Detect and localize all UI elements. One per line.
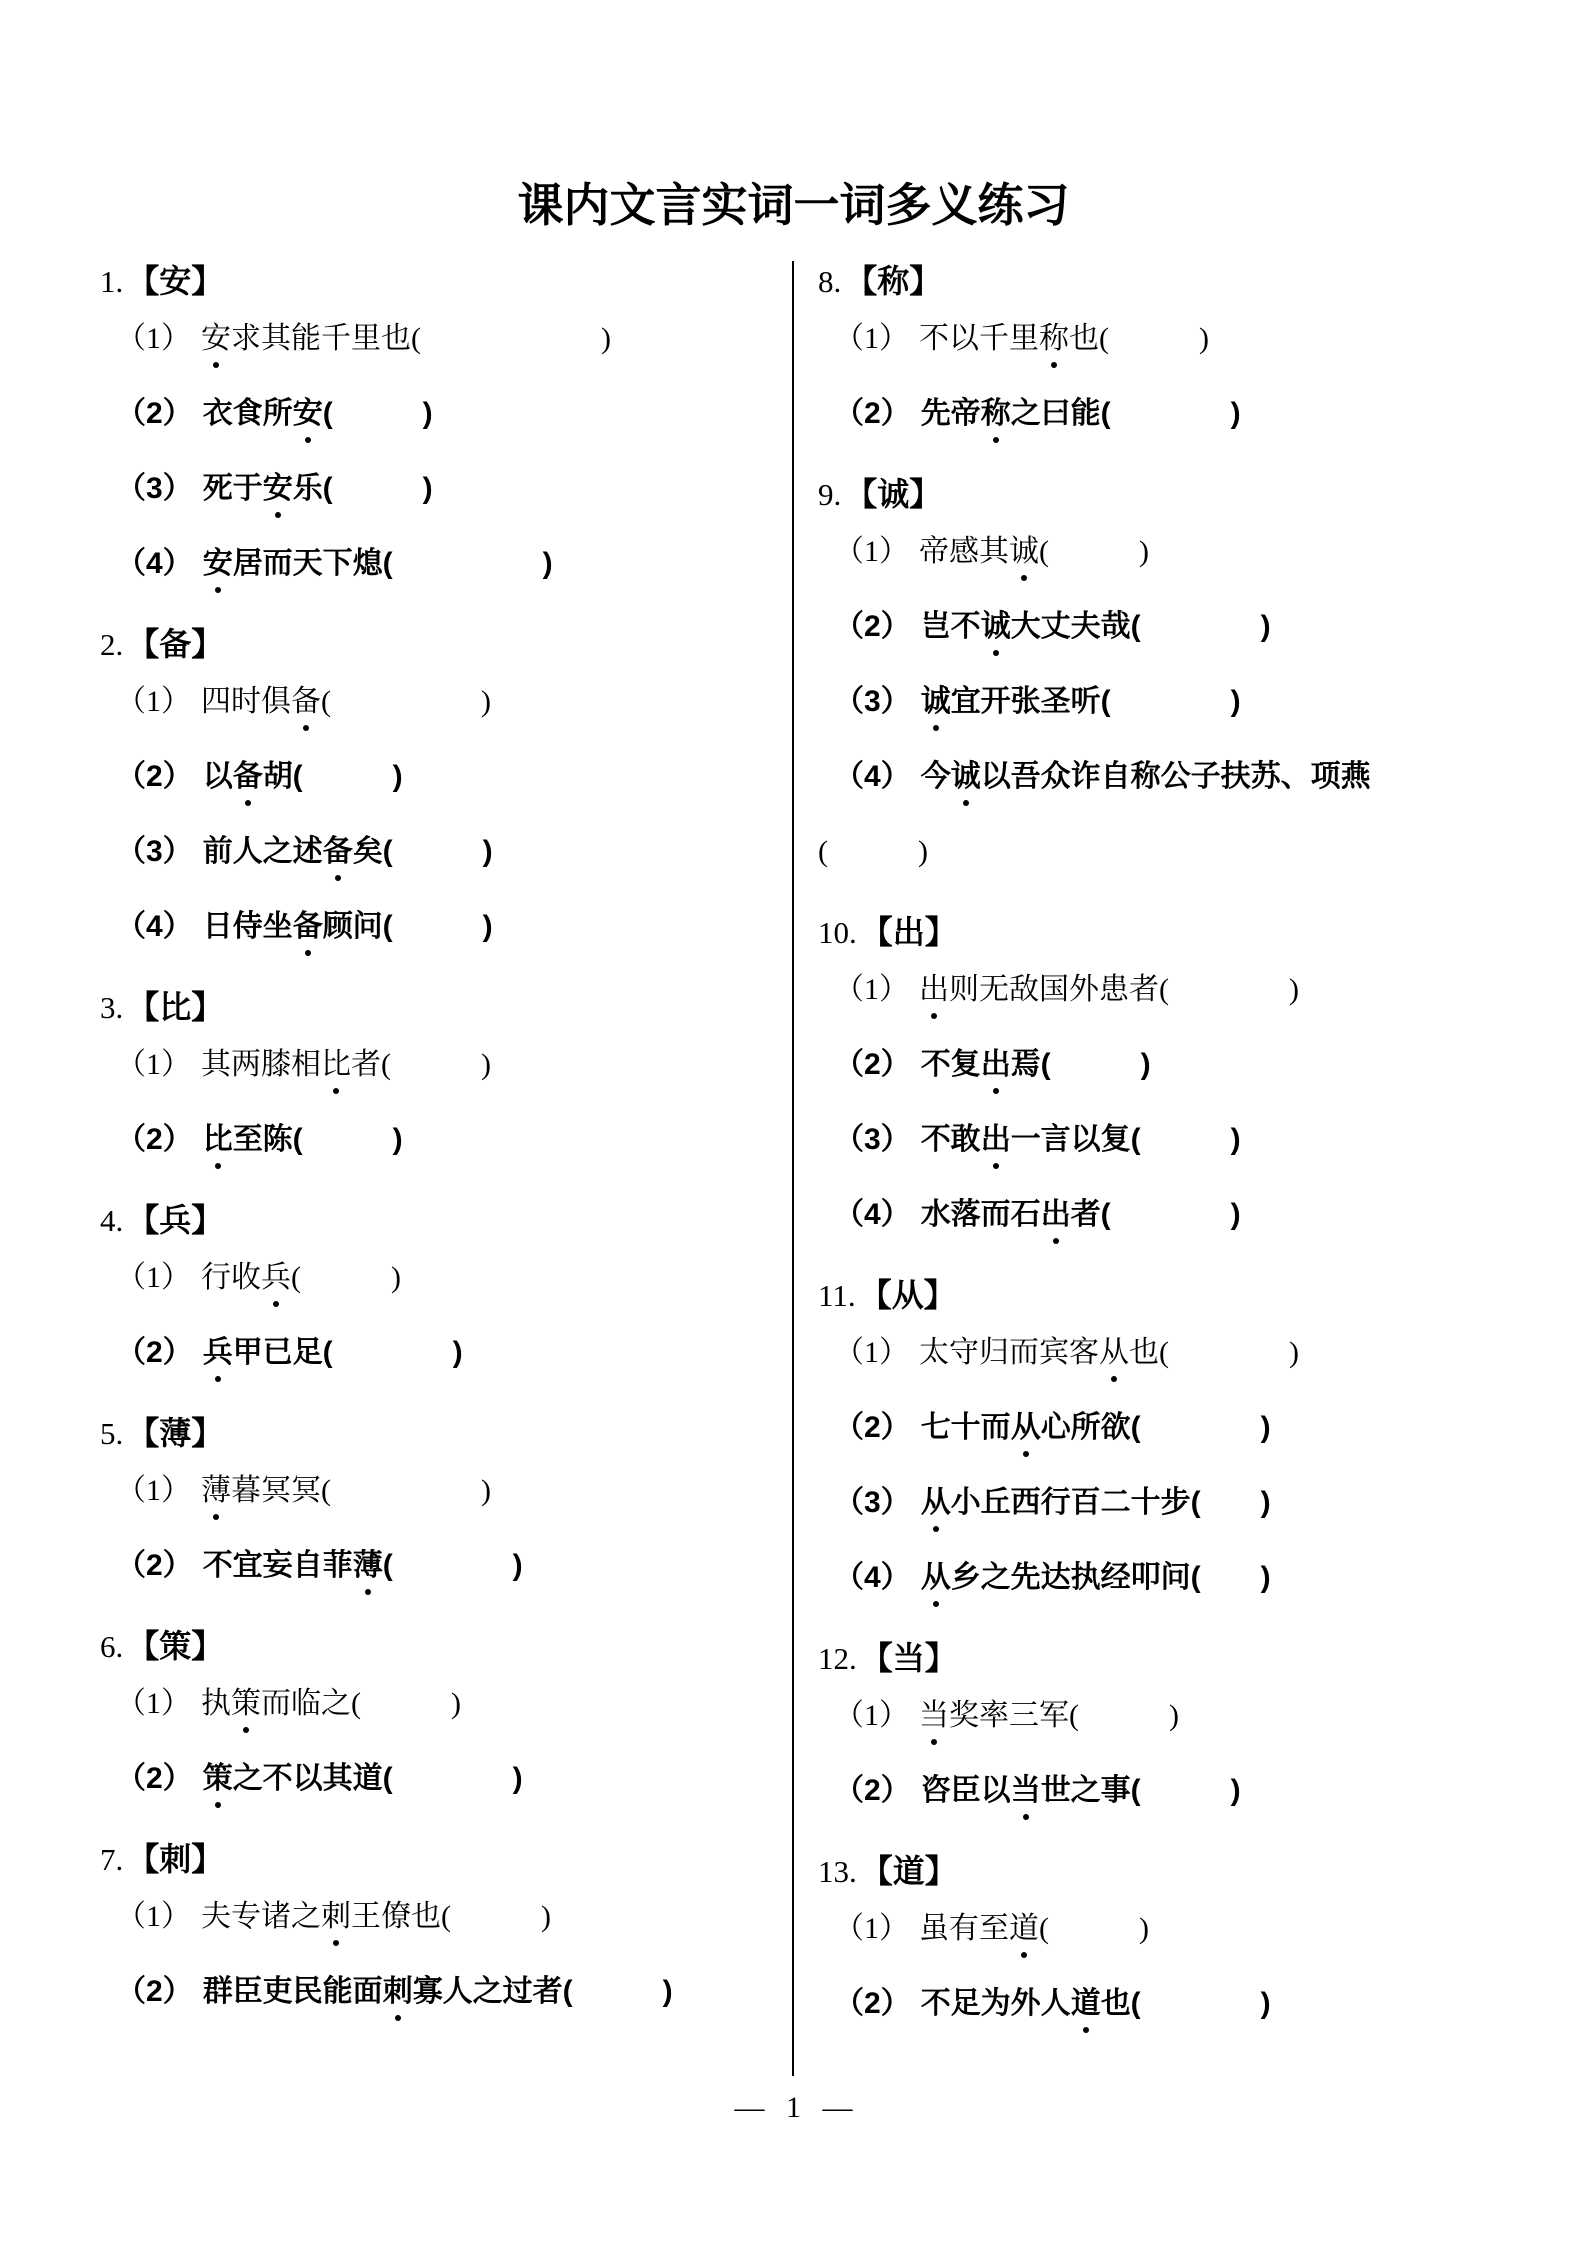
item-number: （1） [116,1474,191,1507]
right-column: 8.【称】（1）不以千里称也( )（2）先帝称之曰能( )9.【诚】（1）帝感其… [794,261,1587,2076]
emphasized-char: 备 [293,907,323,947]
section-header: 9.【诚】 [818,474,1547,515]
emphasized-char: 兵 [261,1258,291,1298]
sentence-item: （2）比至陈( ) [100,1120,772,1160]
emphasized-char: 从 [1099,1333,1129,1373]
item-text: 从小丘西行百二十步( ) [921,1486,1271,1519]
sentence-item: （1）执策而临之( ) [100,1684,772,1724]
sentence-item: （1）太守归而宾客从也( ) [818,1333,1547,1373]
section-header: 2.【备】 [100,624,772,665]
item-number: （2） [834,610,911,643]
emphasized-char: 安 [293,394,323,434]
section-header: 6.【策】 [100,1626,772,1667]
item-number: （4） [834,1561,911,1594]
emphasized-char: 出 [1041,1195,1071,1235]
sentence-item: （1）出则无敌国外患者( ) [818,970,1547,1010]
item-number: （1） [834,535,909,568]
item-number: （2） [116,1975,193,2008]
section-headword: 【刺】 [127,1841,223,1877]
item-text: 先帝称之曰能( ) [921,397,1241,430]
item-text: 兵甲已足( ) [203,1336,463,1369]
section-headword: 【当】 [861,1640,957,1676]
section-header: 5.【薄】 [100,1413,772,1454]
section-header: 8.【称】 [818,261,1547,302]
left-column: 1.【安】（1）安求其能千里也( )（2）衣食所安( )（3）死于安乐( )（4… [0,261,792,2076]
sentence-item: （3）前人之述备矣( ) [100,832,772,872]
item-text: ( ) [818,835,928,868]
section-header: 13.【道】 [818,1851,1547,1892]
section-number: 3. [100,990,123,1025]
emphasized-char: 策 [203,1759,233,1799]
section-number: 5. [100,1416,123,1451]
item-text: 太守归而宾客从也( ) [919,1336,1299,1369]
worksheet-content: 1.【安】（1）安求其能千里也( )（2）衣食所安( )（3）死于安乐( )（4… [0,261,1587,2076]
section-number: 1. [100,264,123,299]
item-number: （1） [116,1048,191,1081]
section-header: 3.【比】 [100,987,772,1028]
emphasized-char: 刺 [321,1897,351,1937]
sentence-item: （4）今诚以吾众诈自称公子扶苏、项燕 [818,757,1547,797]
sentence-item: （1）行收兵( ) [100,1258,772,1298]
item-number: （1） [116,1687,191,1720]
sentence-item: （2）七十而从心所欲( ) [818,1408,1547,1448]
item-text: 不复出焉( ) [921,1048,1151,1081]
item-number: （1） [834,1912,909,1945]
sentence-item: （2）以备胡( ) [100,757,772,797]
item-number: （2） [116,1549,193,1582]
item-text: 比至陈( ) [203,1123,403,1156]
sentence-item: （1）安求其能千里也( ) [100,319,772,359]
emphasized-char: 薄 [353,1546,383,1586]
item-text: 其两膝相比者( ) [201,1048,491,1081]
word-section: 6.【策】（1）执策而临之( )（2）策之不以其道( ) [100,1626,772,1799]
sentence-item: （1）虽有至道( ) [818,1909,1547,1949]
sentence-item: （2）先帝称之曰能( ) [818,394,1547,434]
item-text: 夫专诸之刺王僚也( ) [201,1900,551,1933]
section-headword: 【称】 [845,263,941,299]
item-text: 咨臣以当世之事( ) [921,1774,1241,1807]
section-headword: 【道】 [861,1853,957,1889]
section-headword: 【策】 [127,1628,223,1664]
item-text: 以备胡( ) [203,760,403,793]
sentence-item: （3）诚宜开张圣听( ) [818,682,1547,722]
emphasized-char: 薄 [201,1471,231,1511]
sentence-item: （2）不宜妄自菲薄( ) [100,1546,772,1586]
item-text: 不足为外人道也( ) [921,1987,1271,2020]
emphasized-char: 从 [1011,1408,1041,1448]
item-text: 衣食所安( ) [203,397,433,430]
item-number: （2） [834,1048,911,1081]
item-number: （1） [116,322,191,355]
emphasized-char: 出 [919,970,949,1010]
item-number: （2） [116,397,193,430]
section-headword: 【兵】 [127,1202,223,1238]
item-number: （1） [834,322,909,355]
section-headword: 【出】 [861,914,957,950]
emphasized-char: 备 [323,832,353,872]
section-number: 10. [818,915,857,950]
emphasized-char: 备 [233,757,263,797]
word-section: 1.【安】（1）安求其能千里也( )（2）衣食所安( )（3）死于安乐( )（4… [100,261,772,584]
emphasized-char: 出 [981,1045,1011,1085]
item-text: 安求其能千里也( ) [201,322,611,355]
section-headword: 【薄】 [127,1415,223,1451]
word-section: 11.【从】（1）太守归而宾客从也( )（2）七十而从心所欲( )（3）从小丘西… [818,1275,1547,1598]
item-number: （2） [834,1411,911,1444]
item-number: （1） [834,1336,909,1369]
emphasized-char: 从 [921,1483,951,1523]
section-headword: 【诚】 [845,476,941,512]
item-number: （3） [116,835,193,868]
item-text: 当奖率三军( ) [919,1699,1179,1732]
section-number: 9. [818,477,841,512]
sentence-item: （2）策之不以其道( ) [100,1759,772,1799]
section-number: 2. [100,627,123,662]
section-header: 10.【出】 [818,912,1547,953]
item-number: （1） [116,1900,191,1933]
emphasized-char: 比 [203,1120,233,1160]
item-text: 七十而从心所欲( ) [921,1411,1271,1444]
sentence-item: （1）其两膝相比者( ) [100,1045,772,1085]
item-text: 水落而石出者( ) [921,1198,1241,1231]
item-number: （3） [834,1486,911,1519]
item-number: （2） [116,1762,193,1795]
item-text: 前人之述备矣( ) [203,835,493,868]
section-number: 13. [818,1854,857,1889]
emphasized-char: 诚 [981,607,1011,647]
sentence-item: （3）从小丘西行百二十步( ) [818,1483,1547,1523]
item-text: 群臣吏民能面刺寡人之过者( ) [203,1975,673,2008]
emphasized-char: 策 [231,1684,261,1724]
emphasized-char: 安 [201,319,231,359]
item-text: 帝感其诚( ) [919,535,1149,568]
emphasized-char: 备 [291,682,321,722]
word-section: 4.【兵】（1）行收兵( )（2）兵甲已足( ) [100,1200,772,1373]
word-section: 12.【当】（1）当奖率三军( )（2）咨臣以当世之事( ) [818,1638,1547,1811]
emphasized-char: 道 [1071,1984,1101,2024]
item-text: 虽有至道( ) [919,1912,1149,1945]
emphasized-char: 安 [203,544,233,584]
section-header: 1.【安】 [100,261,772,302]
item-text: 四时俱备( ) [201,685,491,718]
item-number: （2） [116,1336,193,1369]
word-section: 10.【出】（1）出则无敌国外患者( )（2）不复出焉( )（3）不敢出一言以复… [818,912,1547,1235]
emphasized-char: 当 [919,1696,949,1736]
item-text: 不敢出一言以复( ) [921,1123,1241,1156]
item-text: 薄暮冥冥( ) [201,1474,491,1507]
word-section: 13.【道】（1）虽有至道( )（2）不足为外人道也( ) [818,1851,1547,2024]
item-text: 死于安乐( ) [203,472,433,505]
sentence-item: （2）衣食所安( ) [100,394,772,434]
item-number: （3） [834,685,911,718]
item-number: （1） [834,973,909,1006]
word-section: 2.【备】（1）四时俱备( )（2）以备胡( )（3）前人之述备矣( )（4）日… [100,624,772,947]
item-number: （2） [116,1123,193,1156]
emphasized-char: 诚 [1009,532,1039,572]
sentence-item: （2）兵甲已足( ) [100,1333,772,1373]
item-text: 行收兵( ) [201,1261,401,1294]
sentence-item: （1）薄暮冥冥( ) [100,1471,772,1511]
section-header: 11.【从】 [818,1275,1547,1316]
item-text: 岂不诚大丈夫哉( ) [921,610,1271,643]
emphasized-char: 诚 [951,757,981,797]
item-text: 不宜妄自菲薄( ) [203,1549,523,1582]
item-number: （4） [834,760,911,793]
sentence-item: （1）帝感其诚( ) [818,532,1547,572]
section-number: 12. [818,1641,857,1676]
item-text: 今诚以吾众诈自称公子扶苏、项燕 [921,760,1371,793]
sentence-item: （4）日侍坐备顾问( ) [100,907,772,947]
item-number: （2） [116,760,193,793]
sentence-item: （1）四时俱备( ) [100,682,772,722]
section-number: 11. [818,1278,856,1313]
item-number: （4） [834,1198,911,1231]
sentence-item: （2）咨臣以当世之事( ) [818,1771,1547,1811]
section-number: 6. [100,1629,123,1664]
item-text: 日侍坐备顾问( ) [203,910,493,943]
section-number: 4. [100,1203,123,1238]
item-text: 诚宜开张圣听( ) [921,685,1241,718]
sentence-item: （4）水落而石出者( ) [818,1195,1547,1235]
emphasized-char: 比 [321,1045,351,1085]
section-header: 12.【当】 [818,1638,1547,1679]
emphasized-char: 称 [981,394,1011,434]
page-title: 课内文言实词一词多义练习 [0,178,1587,233]
item-number: （1） [116,1261,191,1294]
item-number: （2） [834,1774,911,1807]
word-section: 9.【诚】（1）帝感其诚( )（2）岂不诚大丈夫哉( )（3）诚宜开张圣听( )… [818,474,1547,872]
item-number: （4） [116,910,193,943]
sentence-item: （4）从乡之先达执经叩问( ) [818,1558,1547,1598]
word-section: 7.【刺】（1）夫专诸之刺王僚也( )（2）群臣吏民能面刺寡人之过者( ) [100,1839,772,2012]
sentence-item: （1）夫专诸之刺王僚也( ) [100,1897,772,1937]
sentence-item: （2）不足为外人道也( ) [818,1984,1547,2024]
sentence-item: （2）不复出焉( ) [818,1045,1547,1085]
item-number: （1） [834,1699,909,1732]
sentence-item: （1）当奖率三军( ) [818,1696,1547,1736]
emphasized-char: 出 [981,1120,1011,1160]
item-number: （1） [116,685,191,718]
item-text: 不以千里称也( ) [919,322,1209,355]
item-text: 执策而临之( ) [201,1687,461,1720]
emphasized-char: 道 [1009,1909,1039,1949]
emphasized-char: 兵 [203,1333,233,1373]
item-text: 安居而天下熄( ) [203,547,553,580]
section-number: 8. [818,264,841,299]
section-header: 4.【兵】 [100,1200,772,1241]
word-section: 3.【比】（1）其两膝相比者( )（2）比至陈( ) [100,987,772,1160]
word-section: 8.【称】（1）不以千里称也( )（2）先帝称之曰能( ) [818,261,1547,434]
sentence-item: （3）死于安乐( ) [100,469,772,509]
sentence-item: （2）岂不诚大丈夫哉( ) [818,607,1547,647]
section-header: 7.【刺】 [100,1839,772,1880]
item-text: 出则无敌国外患者( ) [919,973,1299,1006]
page-number: — 1 — [0,2090,1587,2126]
sentence-item: （2）群臣吏民能面刺寡人之过者( ) [100,1972,772,2012]
item-number: （3） [834,1123,911,1156]
sentence-item: ( ) [818,832,1547,872]
section-headword: 【从】 [860,1277,956,1313]
section-headword: 【备】 [127,626,223,662]
item-text: 策之不以其道( ) [203,1762,523,1795]
item-number: （2） [834,397,911,430]
sentence-item: （3）不敢出一言以复( ) [818,1120,1547,1160]
section-headword: 【比】 [127,989,223,1025]
worksheet-page: 课内文言实词一词多义练习 1.【安】（1）安求其能千里也( )（2）衣食所安( … [0,0,1587,2245]
sentence-item: （1）不以千里称也( ) [818,319,1547,359]
emphasized-char: 从 [921,1558,951,1598]
emphasized-char: 当 [1011,1771,1041,1811]
emphasized-char: 安 [263,469,293,509]
item-number: （2） [834,1987,911,2020]
emphasized-char: 刺 [383,1972,413,2012]
item-number: （4） [116,547,193,580]
emphasized-char: 诚 [921,682,951,722]
word-section: 5.【薄】（1）薄暮冥冥( )（2）不宜妄自菲薄( ) [100,1413,772,1586]
emphasized-char: 称 [1039,319,1069,359]
item-number: （3） [116,472,193,505]
sentence-item: （4）安居而天下熄( ) [100,544,772,584]
item-text: 从乡之先达执经叩问( ) [921,1561,1271,1594]
section-headword: 【安】 [127,263,223,299]
section-number: 7. [100,1842,123,1877]
